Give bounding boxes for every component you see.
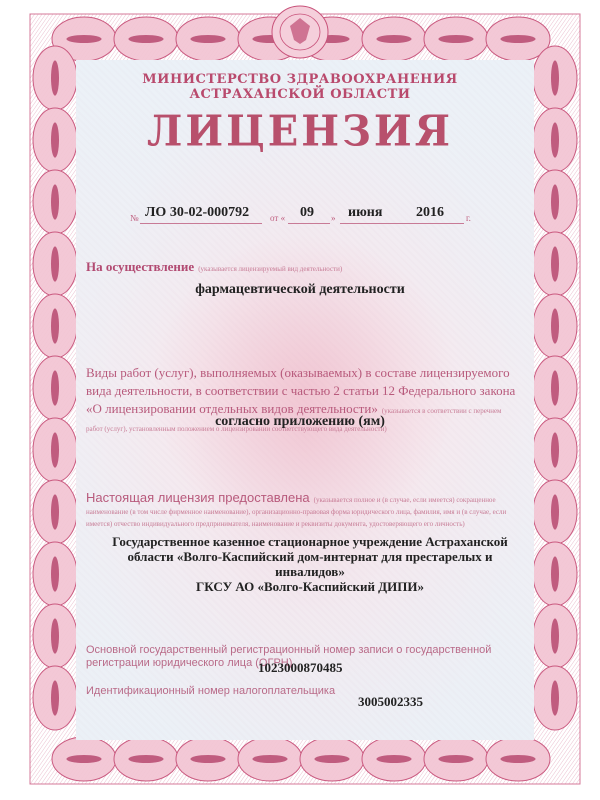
inn-value: 3005002335 [358, 694, 423, 710]
license-year: 2016 [416, 205, 444, 221]
month-year-underline [340, 223, 464, 224]
day-close: » [331, 213, 336, 223]
grantee-name-line-3: инвалидов» [100, 564, 520, 579]
grantee-label-block: Настоящая лицензия предоставлена (указыв… [86, 493, 516, 529]
license-number: ЛО 30-02-000792 [145, 205, 249, 221]
issuing-authority: МИНИСТЕРСТВО ЗДРАВООХРАНЕНИЯ АСТРАХАНСКО… [0, 72, 600, 102]
inn-label: Идентификационный номер налогоплательщик… [86, 685, 335, 697]
ministry-line-1: МИНИСТЕРСТВО ЗДРАВООХРАНЕНИЯ [0, 72, 600, 87]
number-underline [140, 223, 262, 224]
activity-hint: (указывается лицензируемый вид деятельно… [198, 265, 342, 273]
grantee-name-line-1: Государственное казенное стационарное уч… [100, 534, 520, 549]
works-value: согласно приложению (ям) [0, 414, 600, 430]
grantee-label: Настоящая лицензия предоставлена [86, 490, 310, 505]
activity-value: фармацевтической деятельности [0, 282, 600, 298]
license-day: 09 [300, 205, 314, 221]
grantee-name-line-2: области «Волго-Каспийский дом-интернат д… [100, 549, 520, 564]
document-title: ЛИЦЕНЗИЯ [0, 107, 600, 156]
ogrn-value: 1023000870485 [258, 660, 343, 676]
ministry-line-2: АСТРАХАНСКОЙ ОБЛАСТИ [0, 87, 600, 102]
coat-of-arms-icon [270, 4, 330, 60]
day-underline [288, 223, 330, 224]
grantee-name: Государственное казенное стационарное уч… [100, 534, 520, 594]
number-label: № [130, 213, 139, 223]
year-suffix: г. [466, 213, 471, 223]
activity-label-row: На осуществление (указывается лицензируе… [86, 258, 516, 276]
grantee-short-name: ГКСУ АО «Волго-Каспийский ДИПИ» [100, 579, 520, 594]
license-month: июня [348, 205, 382, 221]
license-number-row: № ЛО 30-02-000792 от « 09 » июня 2016 г. [130, 205, 470, 227]
date-from-label: от « [270, 213, 285, 223]
activity-label: На осуществление [86, 259, 194, 274]
